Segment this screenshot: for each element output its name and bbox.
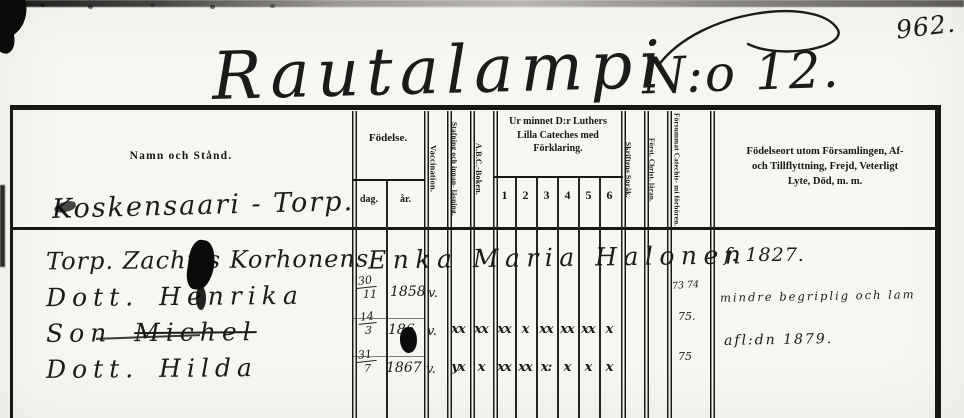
column-header-reading: Stafning och innan- läsning. — [449, 113, 470, 225]
exam-mark: xx — [493, 322, 515, 337]
catechism-col-4: 4 — [557, 188, 578, 203]
notes-header-line: och Tillflyttning, Frejd, Veterligt — [752, 161, 898, 172]
title-flourish — [640, 2, 870, 72]
column-header-birth: Födelse. — [352, 132, 424, 144]
birth-year: 1867 — [386, 360, 422, 376]
birth-day: 31 — [355, 347, 376, 363]
column-header-scripture: Skriftens Språk. — [623, 113, 644, 227]
row-note: afl:dn 1879. — [724, 331, 833, 349]
ink-blot-drip — [196, 286, 206, 310]
ink-blot-year — [399, 326, 418, 353]
column-header-vaccination: Vaccination. — [427, 113, 447, 225]
catechism-sub-divider — [515, 177, 517, 418]
scan-speckles — [40, 3, 45, 7]
column-header-christian-doctrine: Först. Christ. läran. — [646, 113, 667, 227]
exam-mark: x — [598, 360, 620, 375]
notes-header-line: Lyte, Död, m. m. — [788, 176, 862, 187]
exam-mark: x — [470, 360, 492, 375]
header-bottom-rule — [10, 227, 941, 230]
birth-month: 11 — [356, 288, 377, 301]
person-name-struck: Michel — [134, 317, 257, 347]
page-title: Rautalampi — [211, 26, 668, 115]
column-header-missed-exams: Försummat Catechis- mi förhören. — [671, 113, 709, 227]
scanned-parish-record-page: 962. Rautalampi N:o 12. Namn och Stånd. … — [0, 0, 964, 418]
notes-header-line: Födelseort utom Församlingen, Af- — [747, 146, 904, 157]
column-header-catechism: Ur minnet D:r Luthers Lilla Cateches med… — [497, 115, 619, 156]
birth-header-divider — [352, 179, 424, 181]
table-border-top — [10, 105, 941, 110]
birth-day: 30 — [355, 273, 376, 289]
exam-mark: xx — [514, 360, 536, 375]
vaccination-mark: v. — [428, 286, 438, 301]
catechism-sub-divider — [557, 177, 559, 418]
row-name: Son Michel — [46, 317, 257, 348]
birth-year: 1858 — [390, 284, 426, 300]
birth-day: 14 — [357, 309, 376, 325]
row-name: Dott. Henrika — [46, 281, 304, 312]
relation-label: Son — [46, 318, 113, 348]
catechism-col-1: 1 — [494, 188, 515, 203]
page-number: 962. — [894, 8, 957, 44]
relation-label: Dott. — [46, 282, 139, 312]
row-note: mindre begriplig och lam — [720, 287, 916, 304]
exam-mark: x — [598, 322, 620, 337]
exam-mark: xx — [470, 322, 492, 337]
catechism-col-2: 2 — [515, 188, 536, 203]
missed-exams-entry: 73 74 — [672, 279, 700, 292]
catechism-header-line: Förklaring. — [533, 143, 582, 154]
exam-mark: x — [577, 360, 599, 375]
catechism-header-line: Ur minnet D:r Luthers — [509, 116, 607, 127]
catechism-sub-divider — [536, 177, 538, 418]
table-border-right — [935, 105, 941, 418]
exam-mark: xx — [577, 322, 599, 337]
catechism-col-5: 5 — [578, 188, 599, 203]
birth-date: 31 7 — [356, 348, 376, 375]
exam-mark: x — [556, 360, 578, 375]
vaccination-mark: v. — [427, 324, 437, 339]
column-header-name: Namn och Stånd. — [10, 150, 352, 162]
column-header-abc-book: A.B.C.-Boken. — [472, 113, 493, 225]
catechism-col-3: 3 — [536, 188, 557, 203]
exam-mark: xx — [556, 322, 578, 337]
row-note: f. 1827. — [724, 244, 805, 266]
column-header-birth-year: år. — [387, 194, 424, 205]
column-header-birth-day: dag. — [352, 194, 386, 205]
catechism-col-6: 6 — [599, 188, 620, 203]
exam-mark: xx — [493, 360, 515, 375]
catechism-header-line: Lilla Cateches med — [517, 130, 599, 141]
exam-mark: xx — [447, 322, 469, 337]
catechism-sub-divider — [599, 177, 601, 418]
section-heading: Koskensaari - Torp. — [52, 186, 355, 225]
missed-exams-entry: 75. — [678, 310, 696, 323]
catechism-sub-divider — [578, 177, 580, 418]
exam-mark: xx — [535, 322, 557, 337]
birth-date: 30 11 — [356, 274, 377, 301]
vaccination-mark: v. — [426, 362, 436, 377]
column-divider-day-year — [386, 180, 388, 418]
exam-mark: x — [514, 322, 536, 337]
exam-mark: yx — [447, 360, 469, 375]
relation-label: Dott. — [46, 354, 139, 384]
scan-edge-left-smudge — [0, 185, 5, 267]
row-spouse: Enka Maria Halonen — [368, 240, 748, 274]
catechism-header-divider — [493, 176, 623, 178]
missed-exams-entry: 75 — [678, 350, 692, 363]
birth-month: 3 — [358, 324, 376, 337]
person-name: Henrika — [159, 281, 304, 311]
exam-mark: x: — [535, 360, 557, 375]
birth-month: 7 — [356, 362, 376, 375]
row-name: Dott. Hilda — [46, 353, 258, 384]
column-header-notes: Födelseort utom Församlingen, Af- och Ti… — [718, 144, 932, 190]
birth-date: 14 3 — [358, 310, 376, 337]
person-name: Hilda — [159, 353, 258, 383]
